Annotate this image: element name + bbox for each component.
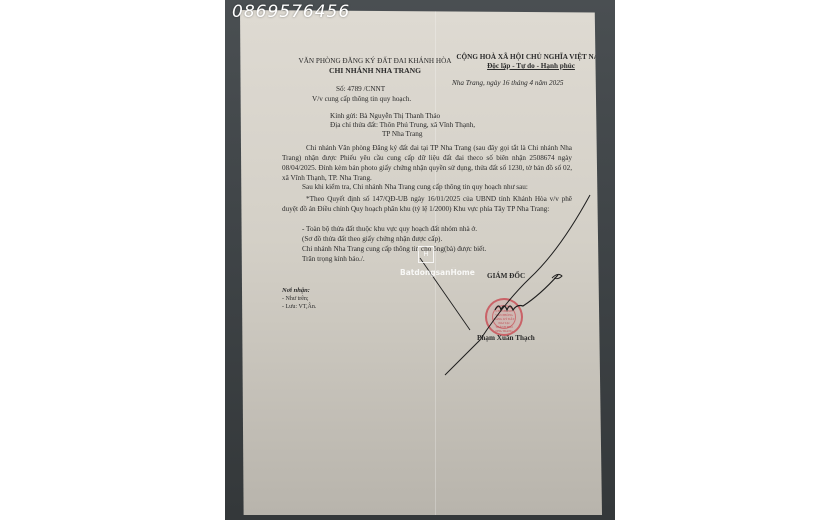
document-paper: VĂN PHÒNG ĐĂNG KÝ ĐẤT ĐAI KHÁNH HÒA CHI … xyxy=(240,10,602,515)
watermark-text: BatdongsanHome xyxy=(400,268,475,277)
watermark-subtext: ···· xyxy=(452,265,456,269)
phone-number-overlay: 0869576456 xyxy=(232,2,350,22)
house-h-icon: H xyxy=(418,246,434,263)
document-photo: VĂN PHÒNG ĐĂNG KÝ ĐẤT ĐAI KHÁNH HÒA CHI … xyxy=(225,0,615,520)
